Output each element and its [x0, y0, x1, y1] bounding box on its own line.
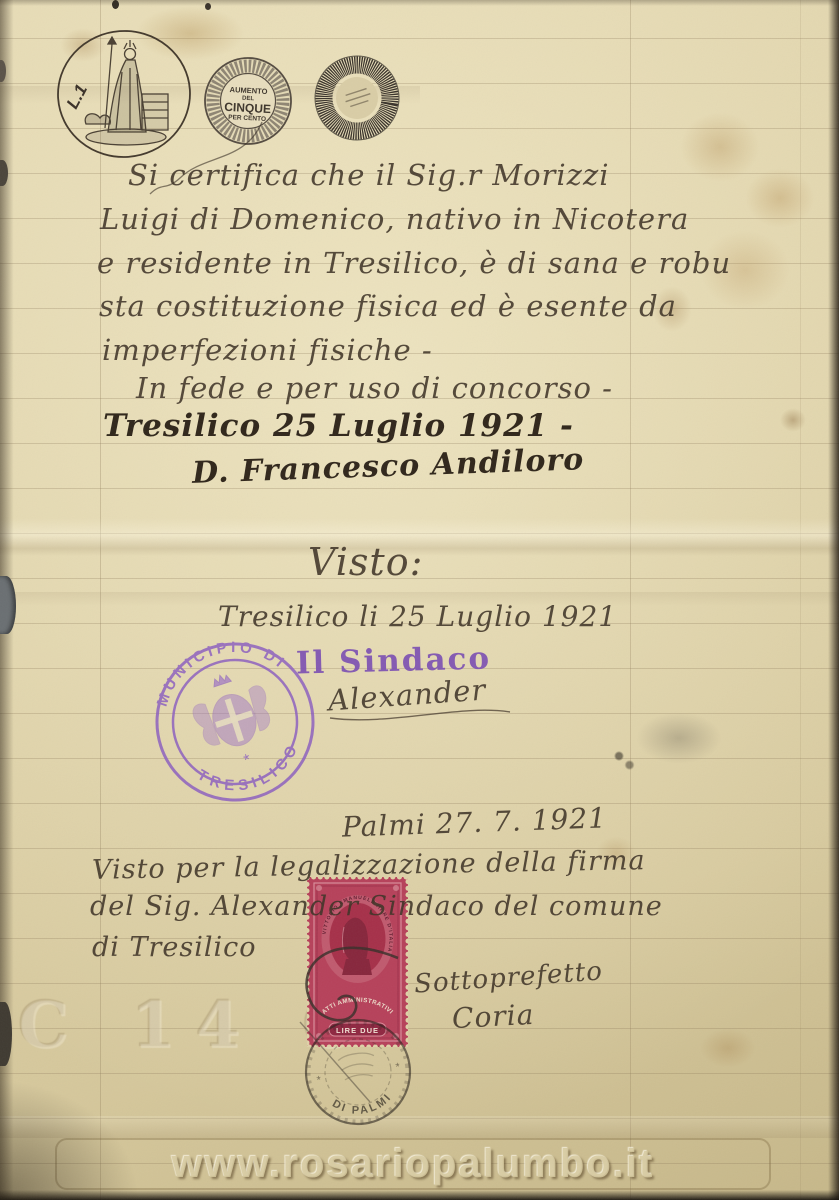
site-watermark-text: www.rosariopalumbo.it [172, 1142, 655, 1187]
visto-place-date: Tresilico li 25 Luglio 1921 [218, 600, 617, 633]
handwritten-line: In fede e per uso di concorso - [136, 371, 613, 405]
handwritten-date-line: Tresilico 25 Luglio 1921 - [103, 408, 574, 444]
legalization-line: del Sig. Alexander Sindaco del comune [90, 891, 663, 922]
postmark-star-right: * [395, 1061, 402, 1074]
margin-line-right [630, 0, 631, 1200]
seal-star: * [242, 751, 253, 769]
office-round-stamp [305, 48, 410, 153]
handwritten-line: sta costituzione fisica ed è esente da [99, 289, 677, 323]
postmark-star-left: * [316, 1074, 323, 1087]
legalization-line: di Tresilico [92, 932, 257, 963]
visto-title: Visto: [308, 540, 423, 584]
handwritten-line: Si certifica che il Sig.r Morizzi [128, 158, 610, 192]
savoy-coat-of-arms-icon [184, 664, 278, 757]
fold-line-right [800, 0, 801, 1200]
site-watermark-frame: www.rosariopalumbo.it [55, 1138, 771, 1190]
postmark-seal: DI PALMI * * [300, 1016, 416, 1132]
scanned-certificate: L.1 AUMENTO DEL CINQUE PER CENTO [0, 0, 839, 1200]
signature-flourish [320, 700, 520, 730]
handwritten-line: e residente in Tresilico, è di sana e ro… [97, 246, 731, 280]
bollo-value-label: L.1 [63, 81, 91, 112]
handwritten-line: imperfezioni fisiche - [102, 333, 433, 367]
handwritten-line: Luigi di Domenico, nativo in Nicotera [100, 202, 689, 236]
